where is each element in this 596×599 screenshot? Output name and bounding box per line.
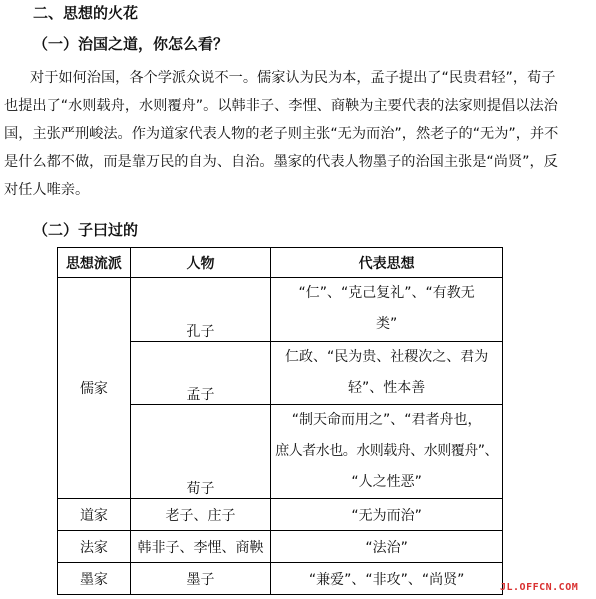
table-row: 墨家 墨子 “兼爱”、“非攻”、“尚贤” [58,563,503,595]
thought-line: “仁”、“克己复礼”、“有教无 [275,278,498,309]
person-cell: 荀子 [130,405,270,499]
thought-line: “人之性恶” [275,467,498,498]
thought-line: 类” [275,309,498,340]
school-cell: 儒家 [58,278,131,499]
paragraph-line: 是什么都不做，而是靠万民的自为、自治。墨家的代表人物墨子的治国主张是“尚贤”，反 [4,148,594,176]
site-watermark: JL.OFFCN.COM [500,582,578,593]
paragraph-line: 对任人唯亲。 [4,176,594,204]
thought-cell: “兼爱”、“非攻”、“尚贤” [271,563,503,595]
paragraph-line: 对于如何治国，各个学派众说不一。儒家认为民为本，孟子提出了“民贵君轻”，荀子 [4,64,594,92]
header-thought: 代表思想 [271,248,503,278]
governance-paragraph: 对于如何治国，各个学派众说不一。儒家认为民为本，孟子提出了“民贵君轻”，荀子 也… [4,64,594,204]
school-cell: 道家 [58,499,131,531]
table-row: 儒家 孔子 “仁”、“克己复礼”、“有教无 类” [58,278,503,342]
schools-table: 思想流派 人物 代表思想 儒家 孔子 “仁”、“克己复礼”、“有教无 类” 孟子… [57,247,503,595]
subsection-title-governance: （一）治国之道，你怎么看？ [33,33,228,54]
table-row: 道家 老子、庄子 “无为而治” [58,499,503,531]
section-title: 二、思想的火花 [33,2,138,23]
paragraph-line: 也提出了“水则载舟，水则覆舟”。以韩非子、李悝、商鞅为主要代表的法家则提倡以法治 [4,92,594,120]
thought-cell: “仁”、“克己复礼”、“有教无 类” [271,278,503,342]
school-cell: 法家 [58,531,131,563]
thought-cell: 仁政、“民为贵、社稷次之、君为 轻”、性本善 [271,342,503,405]
subsection-title-sayings: （二）子曰过的 [33,219,138,240]
thought-line: 庶人者水也。水则载舟、水则覆舟”、 [275,436,498,467]
person-cell: 墨子 [130,563,270,595]
person-cell: 韩非子、李悝、商鞅 [130,531,270,563]
thought-cell: “法治” [271,531,503,563]
thought-cell: “制天命而用之”、“君者舟也， 庶人者水也。水则载舟、水则覆舟”、 “人之性恶” [271,405,503,499]
header-person: 人物 [130,248,270,278]
thought-line: “制天命而用之”、“君者舟也， [275,405,498,436]
thought-cell: “无为而治” [271,499,503,531]
thought-line: 仁政、“民为贵、社稷次之、君为 [275,342,498,373]
header-school: 思想流派 [58,248,131,278]
thought-line: 轻”、性本善 [275,373,498,404]
paragraph-line: 国，主张严刑峻法。作为道家代表人物的老子则主张“无为而治”，然老子的“无为”，并… [4,120,594,148]
school-cell: 墨家 [58,563,131,595]
person-cell: 孔子 [130,278,270,342]
table-header-row: 思想流派 人物 代表思想 [58,248,503,278]
table-row: 法家 韩非子、李悝、商鞅 “法治” [58,531,503,563]
person-cell: 孟子 [130,342,270,405]
person-cell: 老子、庄子 [130,499,270,531]
